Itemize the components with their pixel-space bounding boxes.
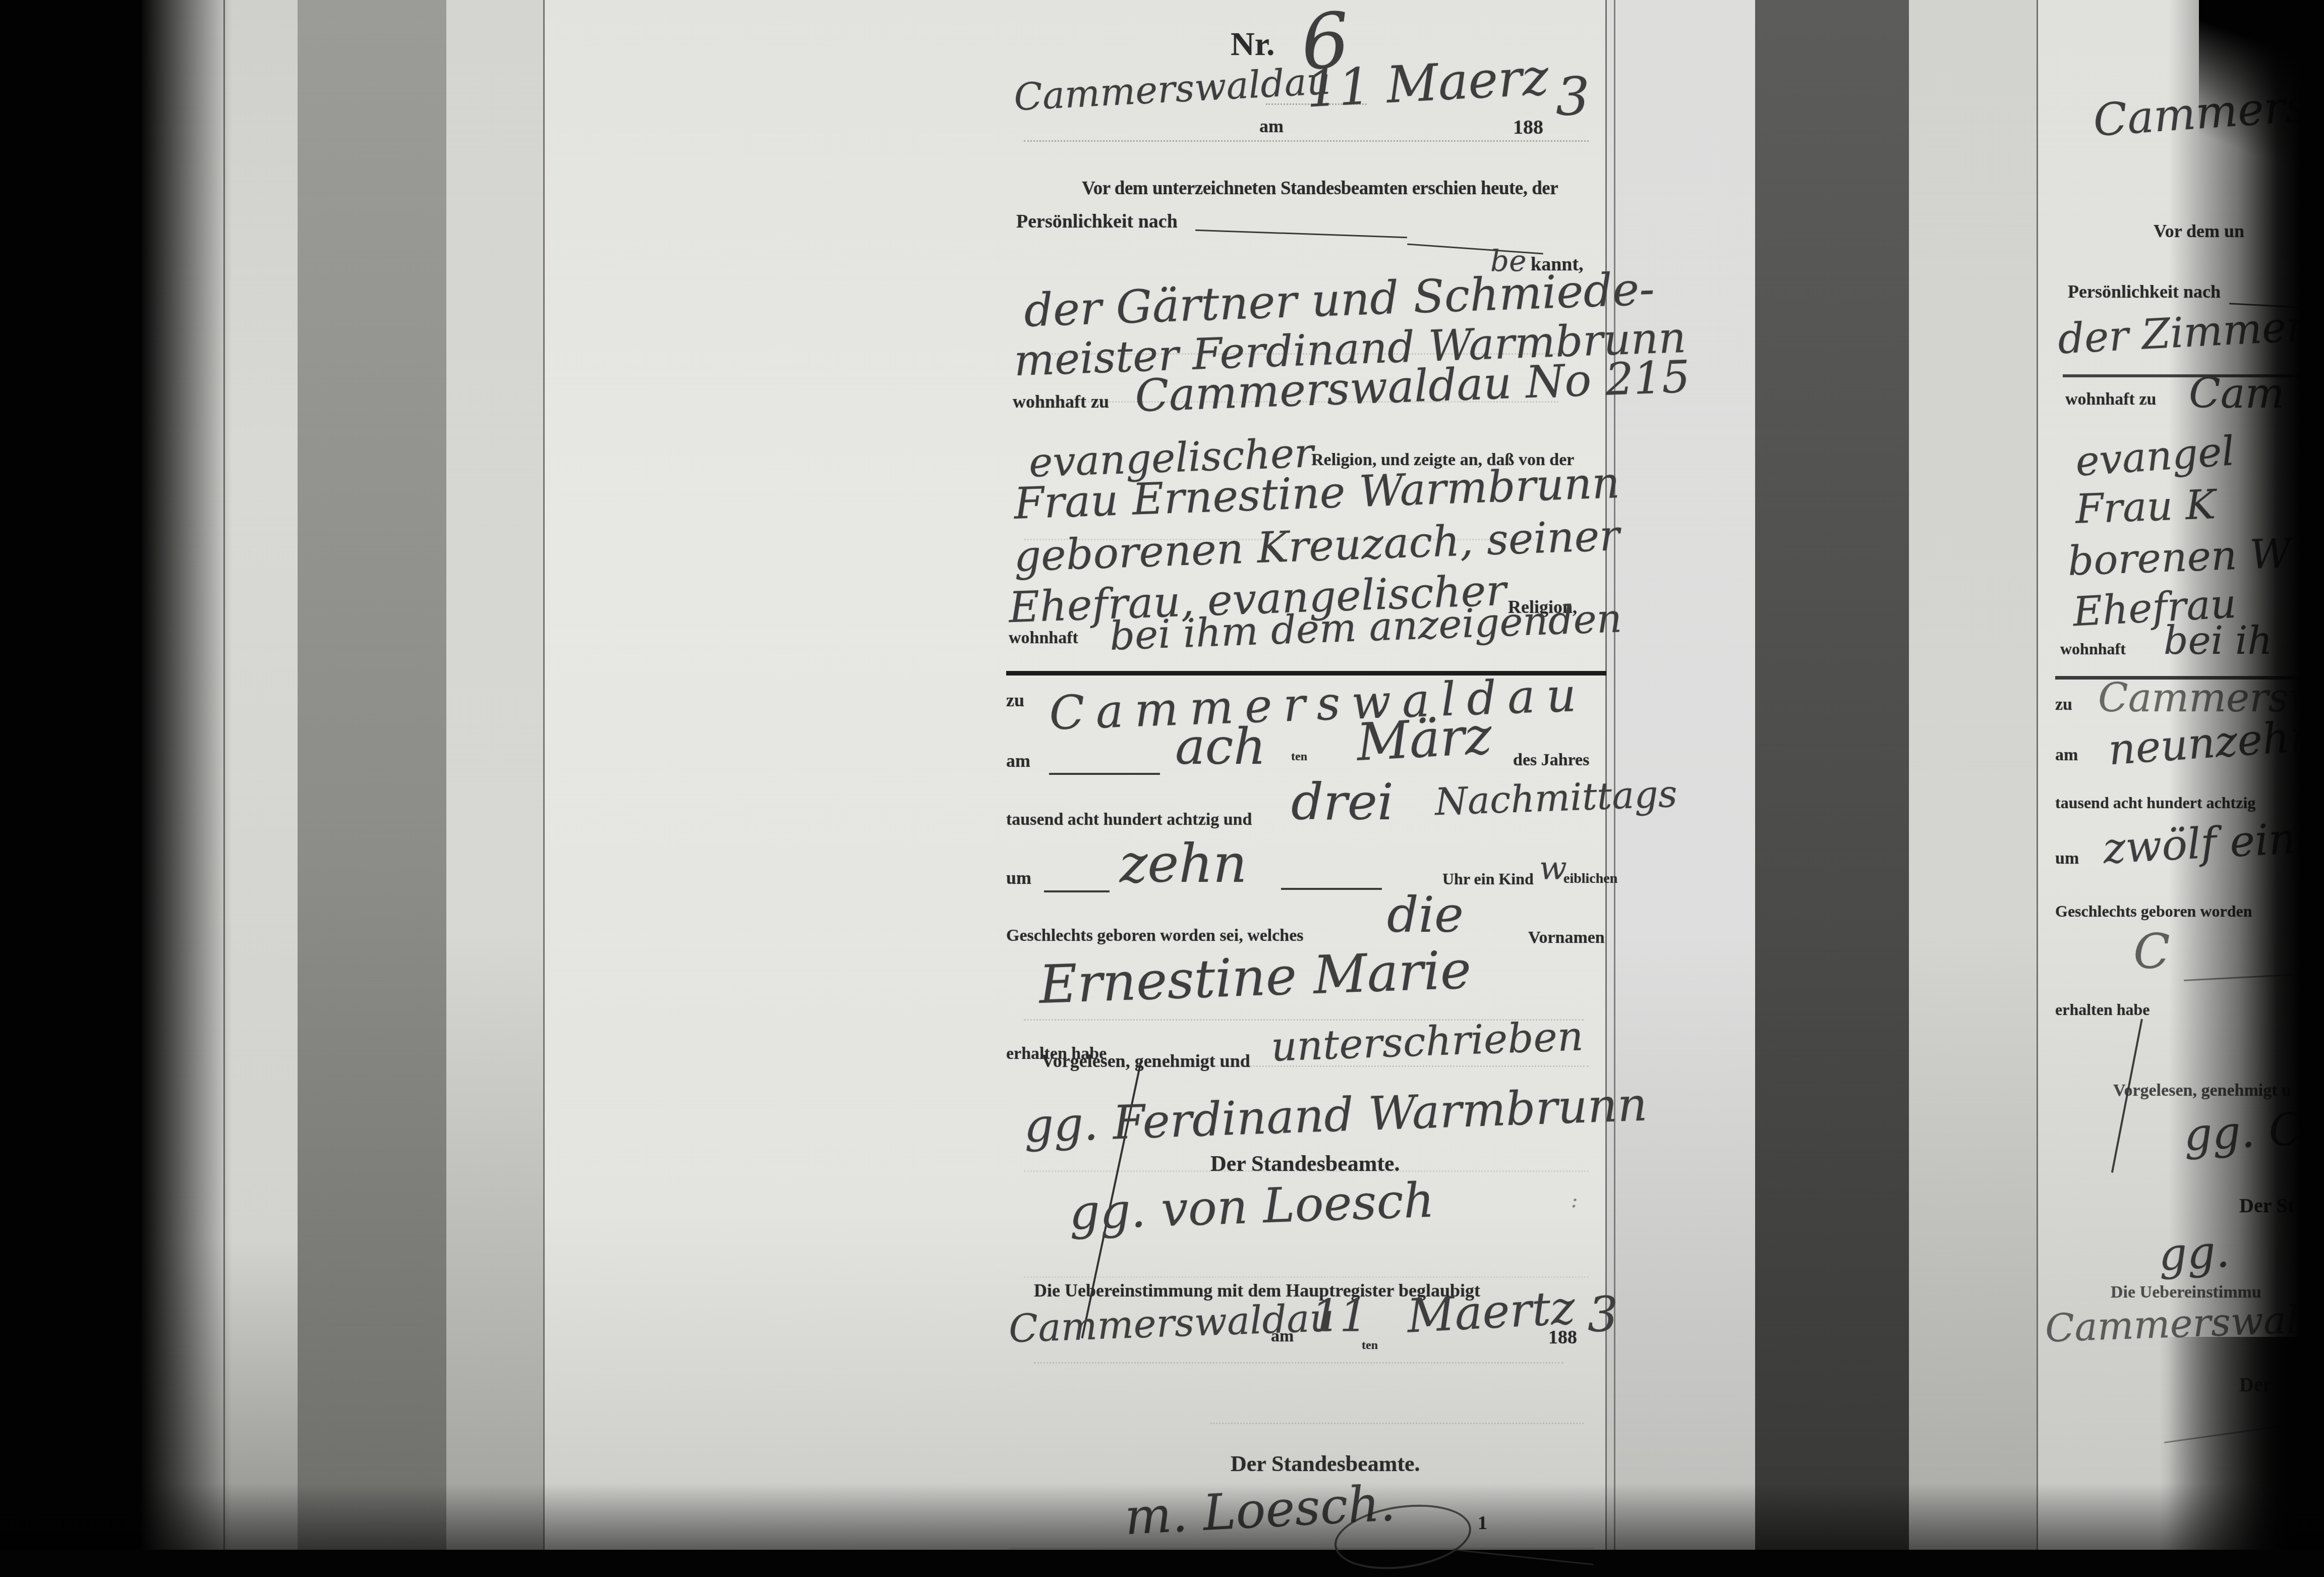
sex-rest: eiblichen bbox=[1563, 872, 1617, 886]
vornamen-label: Vornamen bbox=[1528, 929, 1605, 946]
header-year-printed: 188 bbox=[1513, 117, 1543, 137]
dotted-rule bbox=[1034, 1362, 1563, 1364]
rp-child-name: C bbox=[2133, 928, 2170, 976]
gutter-dark-bar bbox=[1755, 0, 1909, 1550]
certify-year-printed: 188 bbox=[1548, 1328, 1577, 1347]
child-name: Ernestine Marie bbox=[1038, 943, 1472, 1011]
header-date: 11 Maerz bbox=[1305, 51, 1550, 115]
uhr-rest: Uhr ein Kind bbox=[1442, 871, 1534, 887]
certify-day: 11 bbox=[1311, 1294, 1368, 1338]
right-page-margin-line bbox=[2037, 0, 2038, 1550]
vorgelesen-line: Vorgelesen, genehmigt und bbox=[1041, 1052, 1250, 1070]
registrar-label-2: Der Standesbeamte. bbox=[1231, 1453, 1420, 1475]
die-word: die bbox=[1387, 890, 1464, 940]
handwritten-dash bbox=[1044, 890, 1110, 892]
residence-label: wohnhaft zu bbox=[1013, 392, 1109, 411]
handwritten-dash bbox=[1281, 888, 1382, 890]
paper-strip-left-b bbox=[446, 0, 543, 1550]
certify-day-suffix: ten bbox=[1362, 1339, 1378, 1351]
handwritten-dash bbox=[1049, 773, 1160, 775]
paper-strip-right bbox=[1909, 0, 2037, 1550]
top-right-corner-shadow bbox=[2199, 0, 2324, 212]
signature-mark: : bbox=[1571, 1191, 1578, 1211]
birth-day-suffix: ten bbox=[1291, 751, 1307, 763]
right-shadow-overlay bbox=[2169, 0, 2324, 1550]
birth-zu-label: zu bbox=[1006, 691, 1024, 709]
left-page-margin-line bbox=[543, 0, 545, 1550]
residence2-label: wohnhaft bbox=[1009, 630, 1078, 647]
dotted-rule bbox=[1024, 140, 1589, 142]
sex-line: Geschlechts geboren worden sei, welches bbox=[1006, 927, 1304, 944]
dotted-rule bbox=[1024, 1276, 1589, 1278]
header-year-digit: 3 bbox=[1556, 71, 1590, 124]
film-gray-bar-left bbox=[298, 0, 446, 1550]
rp-residence2-label: wohnhaft bbox=[2060, 641, 2126, 657]
bottom-vignette bbox=[0, 1483, 2324, 1550]
registrar-label: Der Standesbeamte. bbox=[1210, 1153, 1400, 1175]
header-am-label: am bbox=[1259, 117, 1284, 135]
hour-word: zehn bbox=[1120, 837, 1247, 890]
film-black-edge-left bbox=[0, 0, 232, 1550]
year-printed-line: tausend acht hundert achtzig und bbox=[1006, 811, 1252, 828]
intro-line: Vor dem unterzeichneten Standesbeamten e… bbox=[1082, 179, 1558, 198]
rp-am-label: am bbox=[2055, 747, 2078, 764]
rp-residence-label: wohnhaft zu bbox=[2065, 391, 2156, 408]
birth-am-label: am bbox=[1006, 752, 1030, 770]
des-jahres-label: des Jahres bbox=[1513, 752, 1589, 769]
identity-line: Persönlichkeit nach bbox=[1016, 212, 1178, 231]
sex-hand-letter: w bbox=[1539, 853, 1567, 885]
year-word: drei bbox=[1291, 777, 1393, 827]
certify-am-label: am bbox=[1271, 1328, 1294, 1345]
rp-um-label: um bbox=[2055, 850, 2079, 867]
record-number-label: Nr. bbox=[1231, 28, 1274, 61]
certify-year-digit: 3 bbox=[1588, 1291, 1618, 1339]
daytime-word: Nachmittags bbox=[1434, 775, 1678, 821]
rp-erhalten-label: erhalten habe bbox=[2055, 1001, 2150, 1018]
rp-zu-label: zu bbox=[2055, 696, 2072, 713]
microfilm-registry-photo: Nr. 6 Cammerswaldau am 11 Maerz 188 3 Vo… bbox=[0, 0, 2324, 1550]
registrar-signature: gg. von Loesch bbox=[1069, 1176, 1435, 1237]
um-label: um bbox=[1006, 869, 1031, 887]
dotted-rule bbox=[1210, 1423, 1584, 1424]
birth-month: März bbox=[1356, 710, 1493, 769]
unterschrieben-word: unterschrieben bbox=[1270, 1016, 1584, 1067]
birth-day: ach bbox=[1175, 721, 1266, 772]
